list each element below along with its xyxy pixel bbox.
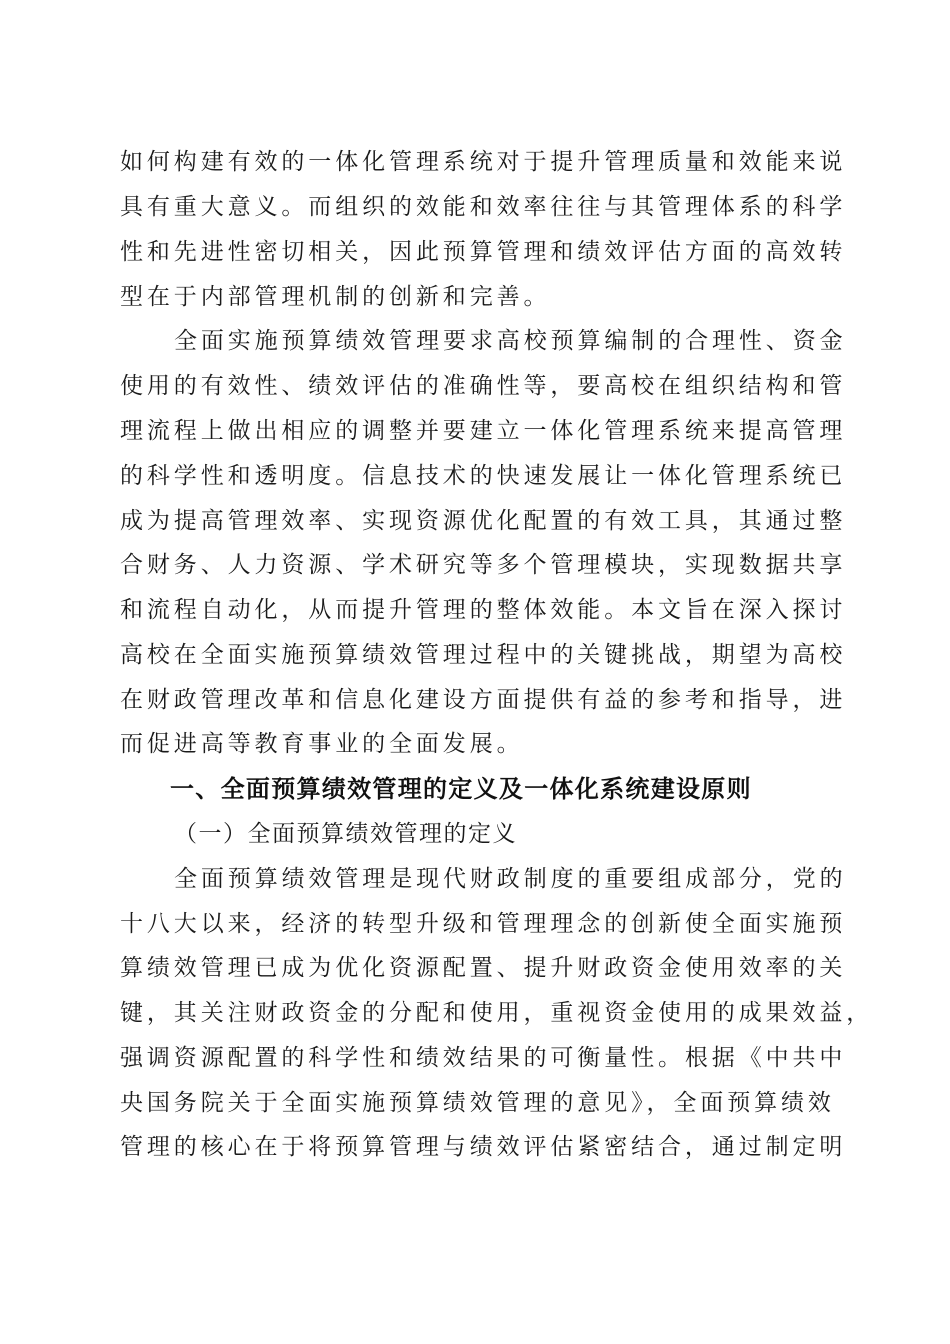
paragraph-3-line-7: 管理的核心在于将预算管理与绩效评估紧密结合，通过制定明	[120, 1125, 846, 1170]
paragraph-2-line-6: 合财务、人力资源、学术研究等多个管理模块，实现数据共享	[120, 543, 846, 588]
paragraph-2-line-5: 成为提高管理效率、实现资源优化配置的有效工具，其通过整	[120, 499, 846, 544]
paragraph-2-line-10: 而促进高等教育事业的全面发展。	[120, 722, 524, 767]
paragraph-2-line-7: 和流程自动化，从而提升管理的整体效能。本文旨在深入探讨	[120, 588, 846, 633]
paragraph-3-line-3: 算绩效管理已成为优化资源配置、提升财政资金使用效率的关	[120, 946, 846, 991]
section-heading: 一、全面预算绩效管理的定义及一体化系统建设原则	[170, 767, 752, 812]
paragraph-2-line-3: 理流程上做出相应的调整并要建立一体化管理系统来提高管理	[120, 409, 846, 454]
paragraph-1-line-1: 如何构建有效的一体化管理系统对于提升管理质量和效能来说	[120, 140, 846, 185]
paragraph-3-line-4: 键，其关注财政资金的分配和使用，重视资金使用的成果效益，	[120, 991, 873, 1036]
paragraph-2-line-1: 全面实施预算绩效管理要求高校预算编制的合理性、资金	[174, 319, 847, 364]
paragraph-3-line-2: 十八大以来，经济的转型升级和管理理念的创新使全面实施预	[120, 902, 846, 947]
paragraph-3-line-6: 央国务院关于全面实施预算绩效管理的意见》，全面预算绩效	[120, 1081, 835, 1126]
paragraph-1-line-3: 性和先进性密切相关，因此预算管理和绩效评估方面的高效转	[120, 230, 846, 275]
paragraph-2-line-9: 在财政管理改革和信息化建设方面提供有益的参考和指导，进	[120, 678, 846, 723]
paragraph-3-line-1: 全面预算绩效管理是现代财政制度的重要组成部分，党的	[174, 857, 847, 902]
paragraph-1-line-4: 型在于内部管理机制的创新和完善。	[120, 275, 550, 320]
subsection-heading: （一）全面预算绩效管理的定义	[174, 812, 517, 857]
paragraph-2-line-4: 的科学性和透明度。信息技术的快速发展让一体化管理系统已	[120, 454, 846, 499]
document-page: 如何构建有效的一体化管理系统对于提升管理质量和效能来说 具有重大意义。而组织的效…	[0, 0, 950, 1344]
paragraph-3-line-5: 强调资源配置的科学性和绩效结果的可衡量性。根据《中共中	[120, 1036, 846, 1081]
paragraph-2-line-2: 使用的有效性、绩效评估的准确性等，要高校在组织结构和管	[120, 364, 846, 409]
paragraph-2-line-8: 高校在全面实施预算绩效管理过程中的关键挑战，期望为高校	[120, 633, 846, 678]
paragraph-1-line-2: 具有重大意义。而组织的效能和效率往往与其管理体系的科学	[120, 185, 846, 230]
